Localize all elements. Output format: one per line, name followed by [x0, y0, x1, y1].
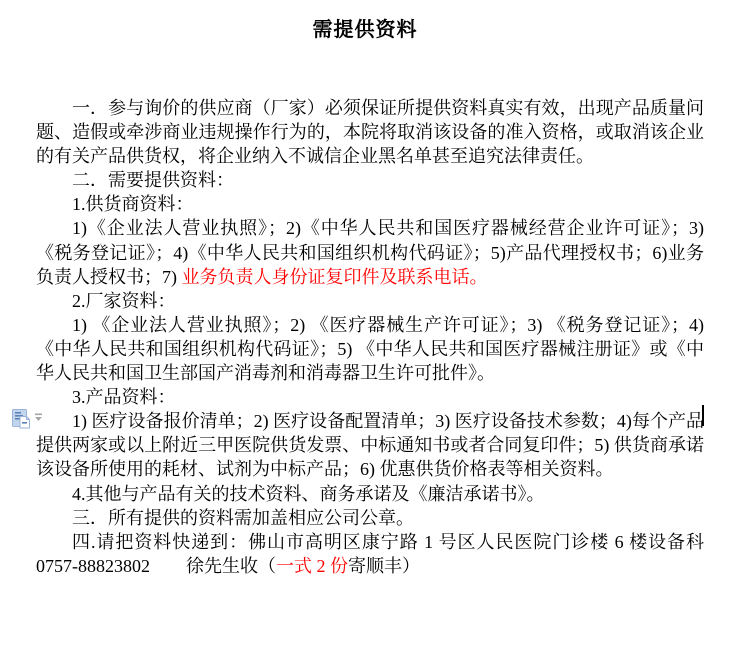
text-segment: 3.产品资料：: [72, 387, 176, 407]
text-segment: 寄顺丰）: [348, 556, 420, 576]
paragraph-terms: 一．参与询价的供应商（厂家）必须保证所提供资料真实有效，出现产品质量问题、造假或…: [36, 96, 704, 168]
paragraph-supplier-list: 1)《企业法人营业执照》；2)《中华人民共和国医疗器械经营企业许可证》；3)《税…: [36, 216, 704, 288]
document-title: 需提供资料: [0, 0, 730, 42]
paste-options-button[interactable]: [12, 408, 43, 429]
text-segment: 三．所有提供的资料需加盖相应公司公章。: [72, 508, 414, 528]
paragraph-supplier-heading: 1.供货商资料：: [36, 192, 704, 216]
text-segment: 二．需要提供资料：: [72, 170, 234, 190]
text-segment: 1.供货商资料：: [72, 194, 194, 214]
paragraph-other-materials: 4.其他与产品有关的技术资料、商务承诺及《廉洁承诺书》。: [36, 482, 704, 506]
paragraph-manufacturer-heading: 2.厂家资料：: [36, 289, 704, 313]
paste-options-icon: [12, 408, 30, 429]
text-segment: 1) 《企业法人营业执照》；2) 《医疗器械生产许可证》；3) 《税务登记证》；…: [36, 315, 704, 383]
paragraph-section3-stamp: 三．所有提供的资料需加盖相应公司公章。: [36, 506, 704, 530]
text-segment: 2.厂家资料：: [72, 291, 176, 311]
document-body: 一．参与询价的供应商（厂家）必须保证所提供资料真实有效，出现产品质量问题、造假或…: [36, 96, 704, 578]
paragraph-section2-heading: 二．需要提供资料：: [36, 168, 704, 192]
paragraph-product-list: 1) 医疗设备报价清单；2) 医疗设备配置清单；3) 医疗设备技术参数；4)每个…: [36, 409, 704, 481]
text-segment: 一．参与询价的供应商（厂家）必须保证所提供资料真实有效，出现产品质量问题、造假或…: [36, 98, 704, 166]
document-page: 需提供资料 一．参与询价的供应商（厂家）必须保证所提供资料真实有效，出现产品质量…: [0, 0, 730, 659]
paragraph-section4-delivery: 四.请把资料快递到：佛山市高明区康宁路 1 号区人民医院门诊楼 6 楼设备科 0…: [36, 530, 704, 578]
text-segment: 1) 医疗设备报价清单；2) 医疗设备配置清单；3) 医疗设备技术参数；4)每个…: [36, 411, 704, 479]
text-segment-red: 业务负责人身份证复印件及联系电话。: [182, 267, 488, 287]
text-segment: 4.其他与产品有关的技术资料、商务承诺及《廉洁承诺书》。: [72, 484, 545, 504]
text-cursor-caret: [702, 405, 704, 426]
chevron-down-icon[interactable]: [34, 413, 43, 422]
paragraph-product-heading: 3.产品资料：: [36, 385, 704, 409]
text-segment-red: 一式 2 份: [276, 556, 348, 576]
paragraph-manufacturer-list: 1) 《企业法人营业执照》；2) 《医疗器械生产许可证》；3) 《税务登记证》；…: [36, 313, 704, 385]
